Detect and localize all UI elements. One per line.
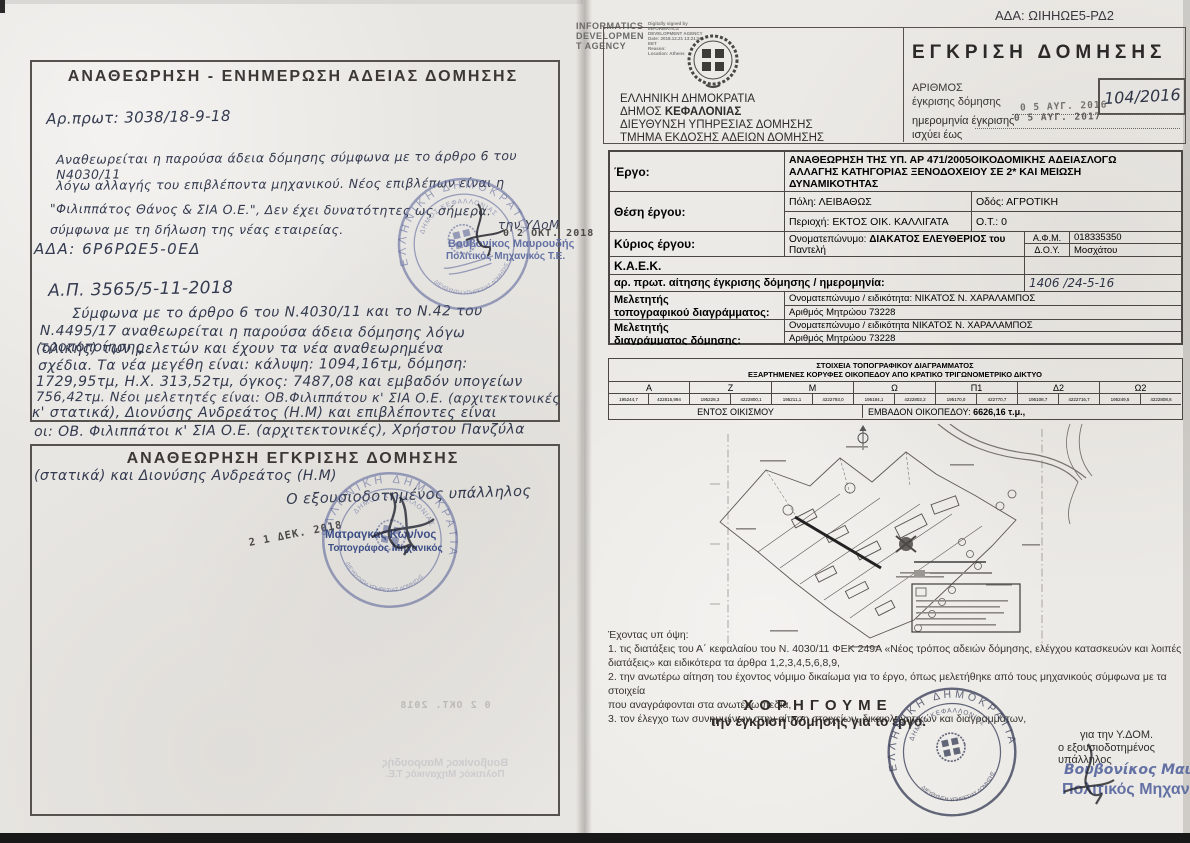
dense-stamp-blob — [896, 536, 916, 552]
permit-number-label1: ΑΡΙΘΜΟΣ — [912, 82, 963, 94]
coord-y: 4222808,6 — [1141, 394, 1181, 405]
surveyor1-label-line: τοπογραφικού διαγράμματος: — [614, 307, 780, 320]
surveyor1-label-cell: Μελετητής τοπογραφικού διαγράμματος: — [610, 292, 785, 320]
valid-until-stamp: 0 5 ΑΥΓ. 2017 — [1014, 111, 1102, 124]
permit-number-box: 104/2016 — [1098, 78, 1186, 115]
owner-name-cell: Ονοματεπώνυμο: ΔΙΑΚΑΤΟΣ ΕΛΕΥΘΕΡΙΟΣ του Π… — [785, 232, 1025, 257]
ink-signature-squiggle — [458, 200, 508, 260]
hw-paragraph-line: κ' στατικά), Διονύσης Ανδρεάτος (Η.Μ) κα… — [32, 405, 562, 421]
header-department: ΤΜΗΜΑ ΕΚΔΟΣΗΣ ΑΔΕΙΩΝ ΔΟΜΗΣΗΣ — [620, 132, 824, 144]
coord-x: 195108,7 — [1018, 394, 1059, 405]
hw-ada-number: ΑΔΑ: 6Ρ6ΡΩΕ5-0ΕΔ — [34, 240, 201, 258]
header-directorate: ΔΙΕΥΘΥΝΣΗ ΥΠΗΡΕΣΙΑΣ ΔΟΜΗΣΗΣ — [620, 119, 813, 131]
surveyor2-label-line: Μελετητής — [614, 322, 780, 335]
considering-line: διατάξεις» και ειδικότερα τα άρθρα 1,2,3… — [608, 656, 1186, 670]
vertex-header: Π1 — [936, 382, 1018, 394]
vertex-header: Δ2 — [1018, 382, 1100, 394]
coordinates-table: ΣΤΟΙΧΕΙΑ ΤΟΠΟΓΡΑΦΙΚΟΥ ΔΙΑΓΡΑΜΜΑΤΟΣ ΕΞΑΡΤ… — [608, 358, 1183, 420]
topographic-site-plan — [700, 424, 1110, 656]
hw-paragraph-line: σχέδια. Τα νέα μεγέθη είναι: κάλυψη: 109… — [38, 355, 558, 374]
coord-y: 422815,994 — [649, 394, 690, 405]
street-cell: Οδός: ΑΓΡΟΤΙΚΗ — [972, 192, 1181, 212]
considering-line: Έχοντας υπ όψη: — [608, 628, 1186, 642]
ada-code: ΑΔΑ: ΩΙΗΗΩΕ5-ΡΔ2 — [995, 8, 1114, 23]
hw-ap-number: Α.Π. 3565/5-11-2018 — [48, 278, 234, 301]
location-label-cell: Θέση έργου: — [610, 192, 785, 232]
header-divider — [903, 27, 904, 142]
vertex-header: Ω — [854, 382, 936, 394]
surveyor1-name-cell: Ονοματεπώνυμο / ειδικότητα: ΝΙΚΑΤΟΣ Ν. Χ… — [785, 292, 1181, 306]
svg-text:ΕΛΛΗΝΙΚΗ ΔΗΜΟΚΡΑΤΙΑ: ΕΛΛΗΝΙΚΗ ΔΗΜΟΚΡΑΤΙΑ — [874, 676, 1019, 773]
bold-driveway-line — [795, 517, 881, 568]
afm-value-cell: 018335350 — [1070, 232, 1181, 244]
project-value-cell: ΑΝΑΘΕΩΡΗΣΗ ΤΗΣ ΥΠ. ΑΡ 471/2005ΟΙΚΟΔΟΜΙΚΗ… — [785, 152, 1181, 192]
vertex-header: Ζ — [690, 382, 772, 394]
coord-y: 422770,7 — [977, 394, 1018, 405]
approval-date-label: ημερομηνία έγκρισης — [912, 115, 1014, 127]
valid-until-label: ισχύει έως — [912, 129, 962, 141]
coords-title-line2: ΕΞΑΡΤΗΜΕΝΕΣ ΚΟΡΥΦΕΣ ΟΙΚΟΠΕΔΟΥ ΑΠΟ ΚΡΑΤΙΚ… — [748, 370, 1042, 379]
project-line: ΑΛΛΑΓΗΣ ΚΑΤΗΓΟΡΙΑΣ ΞΕΝΟΔΟΧΕΙΟΥ ΣΕ 2* ΚΑΙ… — [789, 166, 1177, 178]
municipality-round-stamp: ΕΛΛΗΝΙΚΗ ΔΗΜΟΚΡΑΤΙΑ ΔΗΜΟΣ ΚΕΦΑΛΛΟΝΙΑΣ ΔΙ… — [864, 664, 1040, 840]
doy-value-cell: Μοσχάτου — [1070, 244, 1181, 257]
surveyor1-number-cell: Αριθμός Μητρώου 73228 — [785, 306, 1181, 320]
tree-symbols — [783, 483, 1016, 632]
project-line: ΑΝΑΘΕΩΡΗΣΗ ΤΗΣ ΥΠ. ΑΡ 471/2005ΟΙΚΟΔΟΜΙΚΗ… — [789, 154, 1177, 166]
considering-line: 1. τις διατάξεις του Α΄ κεφαλαίου του Ν.… — [608, 642, 1186, 656]
permit-number-value: 104/2016 — [1103, 85, 1181, 108]
block-cell: Ο.Τ.: 0 — [972, 212, 1181, 232]
protocol-handwritten: 1406 /24-5-16 — [1029, 276, 1114, 290]
surveyor1-label-line: Μελετητής — [614, 294, 780, 307]
scanned-building-permit: ΑΝΑΘΕΩΡΗΣΗ - ΕΝΗΜΕΡΩΣΗ ΑΔΕΙΑΣ ΔΟΜΗΣΗΣ Αρ… — [0, 0, 1190, 843]
owner-name-value: ΔΙΑΚΑΤΟΣ ΕΛΕΥΘΕΡΙΟΣ του — [869, 234, 1005, 245]
city-cell: Πόλη: ΛΕΙΒΑΘΩΣ — [785, 192, 972, 212]
coord-x: 195170,0 — [936, 394, 977, 405]
owner-name-value2: Παντελή — [789, 245, 826, 256]
ink-signature-squiggle — [1058, 740, 1118, 810]
header-municipality-prefix: ΔΗΜΟΣ — [620, 106, 662, 118]
doy-label-cell: Δ.Ο.Υ. — [1025, 244, 1070, 257]
plot-area-label: ΕΜΒΑΔΟΝ ΟΙΚΟΠΕΔΟΥ: — [868, 407, 971, 417]
permit-title: ΕΓΚΡΙΣΗ ΔΟΜΗΣΗΣ — [912, 42, 1180, 64]
ink-signature-squiggle — [360, 485, 440, 565]
project-label-cell: Έργο: — [610, 152, 785, 192]
parcel-boundary — [720, 452, 1016, 638]
coord-y: 4222802,2 — [895, 394, 936, 405]
scan-bottom-edge — [0, 833, 1190, 843]
kaek-value-cell — [1025, 257, 1181, 275]
project-data-table: Έργο: ΑΝΑΘΕΩΡΗΣΗ ΤΗΣ ΥΠ. ΑΡ 471/2005ΟΙΚΟ… — [608, 150, 1183, 345]
surveyor2-label-cell: Μελετητής διαγράμματος δόμησης: — [610, 320, 785, 345]
project-line: ΔΥΝΑΜΙΚΟΤΗΤΑΣ — [789, 178, 1177, 190]
coord-y: 4222793,0 — [813, 394, 854, 405]
vertex-header: Μ — [772, 382, 854, 394]
coords-title-line1: ΣΤΟΙΧΕΙΑ ΤΟΠΟΓΡΑΦΙΚΟΥ ΔΙΑΓΡΑΜΜΑΤΟΣ — [816, 361, 973, 370]
surveyor2-label-line: διαγράμματος δόμησης: — [614, 335, 780, 345]
coord-x: 195211,1 — [772, 394, 813, 405]
tiny-label-marks — [736, 446, 1040, 648]
coord-y: 4222716,7 — [1059, 394, 1100, 405]
kaek-label-cell: Κ.Α.Ε.Κ. — [610, 257, 1025, 275]
header-municipality-name: ΚΕΦΑΛΟΝΙΑΣ — [665, 106, 741, 118]
bleedthrough-text: 0 2 ΟΚΤ. 2018 Βουβονίκος Μαυρουδής Πολιτ… — [330, 700, 560, 780]
coord-x: 195244,7 — [609, 394, 649, 405]
stamp-emblem-icon — [934, 731, 967, 764]
page-seam-shadow — [576, 0, 592, 835]
hw-protocol-number: Αρ.πρωτ: 3038/18-9-18 — [46, 107, 231, 128]
coords-title-cell: ΣΤΟΙΧΕΙΑ ΤΟΠΟΓΡΑΦΙΚΟΥ ΔΙΑΓΡΑΜΜΑΤΟΣ ΕΞΑΡΤ… — [609, 359, 1181, 382]
road-lines — [938, 424, 1092, 524]
owner-label-cell: Κύριος έργου: — [610, 232, 785, 257]
valid-until-line — [975, 128, 1180, 129]
vertex-header: Ω2 — [1100, 382, 1181, 394]
building-outlines — [791, 496, 958, 616]
area-cell: Περιοχή: ΕΚΤΟΣ ΟΙΚ. ΚΑΛΛΙΓΑΤΑ — [785, 212, 972, 232]
plot-area-value: 6626,16 τ.μ., — [973, 407, 1025, 417]
header-municipality: ΔΗΜΟΣ ΚΕΦΑΛΟΝΙΑΣ — [620, 106, 741, 118]
header-republic: ΕΛΛΗΝΙΚΗ ΔΗΜΟΚΡΑΤΙΑ — [620, 93, 755, 105]
hw-paragraph-overflow: οι: ΟΒ. Φιλιππάτοι κ' ΣΙΑ Ο.Ε. (αρχιτεκτ… — [34, 421, 564, 440]
surveyor2-number-cell: Αριθμός Μητρώου 73228 — [785, 332, 1181, 345]
coord-x: 195228,3 — [690, 394, 731, 405]
hw-paragraph-line: (ολικής) των μελετών και έχουν τα νέα αν… — [36, 341, 556, 357]
afm-label-cell: Α.Φ.Μ. — [1025, 232, 1070, 244]
owner-name-label: Ονοματεπώνυμο: — [789, 234, 866, 245]
coord-x: 195249,5 — [1100, 394, 1141, 405]
bleedthrough-date: 0 2 ΟΚΤ. 2018 — [330, 700, 560, 711]
bleedthrough-name: Βουβονίκος Μαυρουδής — [330, 757, 560, 769]
coord-y: 4222800,1 — [731, 394, 772, 405]
svg-text:ΔΙΕΥΘΥΝΣΗ ΥΠΗΡΕΣΙΑΣ ΔΟΜΗΣΗΣ: ΔΙΕΥΘΥΝΣΗ ΥΠΗΡΕΣΙΑΣ ΔΟΜΗΣΗΣ — [431, 260, 516, 305]
greek-coat-of-arms-icon — [686, 33, 740, 91]
vertex-header: Α — [609, 382, 690, 394]
protocol-value-cell: 1406 /24-5-16 — [1025, 275, 1181, 292]
within-settlement-cell: ΕΝΤΟΣ ΟΙΚΙΣΜΟΥ — [609, 405, 863, 418]
scan-corner-artifact — [0, 0, 5, 13]
hw-paragraph-line: 1729,95τμ, Η.Χ. 313,52τμ, όγκος: 7487,08… — [36, 374, 566, 390]
left-box1-title: ΑΝΑΘΕΩΡΗΣΗ - ΕΝΗΜΕΡΩΣΗ ΑΔΕΙΑΣ ΔΟΜΗΣΗΣ — [30, 68, 556, 86]
plot-area-cell: ΕΜΒΑΔΟΝ ΟΙΚΟΠΕΔΟΥ: 6626,16 τ.μ., — [863, 405, 1181, 418]
surveyor2-name-cell: Ονοματεπώνυμο / ειδικότητα ΝΙΚΑΤΟΣ Ν. ΧΑ… — [785, 320, 1181, 332]
permit-number-label2: έγκρισης δόμησης — [912, 96, 1001, 108]
coord-x: 195184,1 — [854, 394, 895, 405]
bleedthrough-role: Πολιτικός Μηχανικός Τ.Ε. — [330, 769, 560, 780]
left-box2-title: ΑΝΑΘΕΩΡΗΣΗ ΕΓΚΡΙΣΗΣ ΔΟΜΗΣΗΣ — [30, 450, 556, 468]
protocol-label-cell: αρ. πρωτ. αίτησης έγκρισης δόμησης / ημε… — [610, 275, 1025, 292]
